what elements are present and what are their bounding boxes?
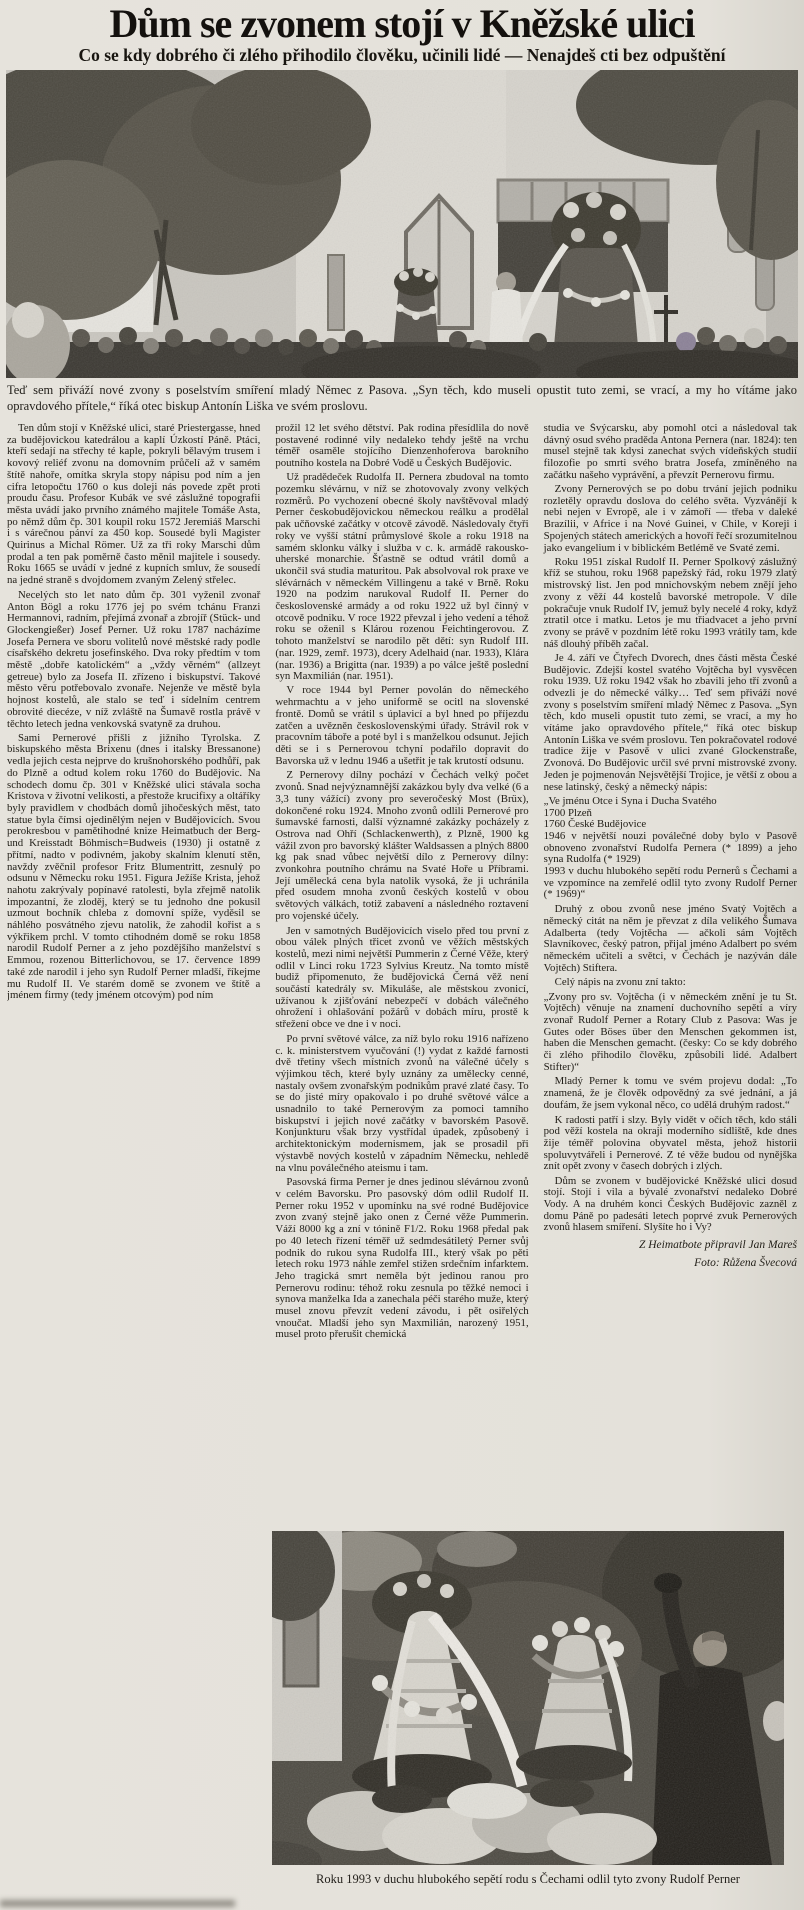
paragraph: Jen v samotných Budějovicích viselo před… [275, 926, 528, 1031]
bottom-photo-caption: Roku 1993 v duchu hlubokého sepětí rodu … [272, 1871, 784, 1887]
top-photo-caption: Teď sem přiváží nové zvony s poselstvím … [7, 382, 797, 414]
paragraph: Ten dům stojí v Kněžské ulici, staré Pri… [7, 423, 260, 587]
bell-inscription-line: 1946 v největší nouzi poválečné doby byl… [544, 831, 797, 866]
photo-grain-overlay [272, 1531, 784, 1865]
masthead: Dům se zvonem stojí v Kněžské ulici Co s… [0, 0, 804, 65]
paragraph: V roce 1944 byl Perner povolán do německ… [275, 685, 528, 767]
paragraph: studia ve Švýcarsku, aby pomohl otci a n… [544, 423, 797, 482]
scan-artifact-smudge [0, 1900, 235, 1907]
paragraph: Sami Pernerové přišli z jižního Tyrolska… [7, 733, 260, 1002]
photo-credit: Foto: Růžena Švecová [544, 1256, 797, 1270]
paragraph: Druhý z obou zvonů nese jméno Svatý Vojt… [544, 904, 797, 974]
paragraph: Z Pernerovy dílny pochází v Čechách velk… [275, 770, 528, 922]
paragraph: Zvony Pernerových se po dobu trvání jeji… [544, 484, 797, 554]
byline: Z Heimatbote připravil Jan Mareš [544, 1238, 797, 1252]
paragraph: Celý nápis na zvonu zní takto: [544, 977, 797, 989]
article-column-2: prožil 12 let svého dětství. Pak rodina … [275, 423, 528, 1523]
article-body: Ten dům stojí v Kněžské ulici, staré Pri… [7, 423, 797, 1523]
newspaper-page: Dům se zvonem stojí v Kněžské ulici Co s… [0, 0, 804, 1910]
paragraph: Je 4. září ve Čtyřech Dvorech, dnes část… [544, 653, 797, 793]
bottom-photo [272, 1531, 784, 1865]
page-subtitle: Co se kdy dobrého či zlého přihodilo člo… [0, 46, 804, 65]
top-photo-image [6, 70, 798, 378]
paragraph: Mladý Perner k tomu ve svém projevu doda… [544, 1076, 797, 1111]
paragraph: Necelých sto let nato dům čp. 301 vyženi… [7, 590, 260, 730]
bell-inscription-line: 1993 v duchu hlubokého sepětí rodu Perne… [544, 866, 797, 901]
top-photo [6, 70, 798, 378]
page-title: Dům se zvonem stojí v Kněžské ulici [0, 3, 804, 45]
paragraph: Po první světové válce, za níž bylo roku… [275, 1034, 528, 1174]
bell-inscription-line: „Ve jménu Otce i Syna i Ducha Svatého [544, 796, 797, 808]
paragraph: „Zvony pro sv. Vojtěcha (i v německém zn… [544, 992, 797, 1074]
paragraph: Už pradědeček Rudolfa II. Pernera zbudov… [275, 472, 528, 683]
article-column-1: Ten dům stojí v Kněžské ulici, staré Pri… [7, 423, 260, 1523]
bottom-photo-image [272, 1531, 784, 1865]
paragraph: Roku 1951 získal Rudolf II. Perner Spolk… [544, 557, 797, 651]
paragraph: prožil 12 let svého dětství. Pak rodina … [275, 423, 528, 470]
paragraph: Pasovská firma Perner je dnes jedinou sl… [275, 1177, 528, 1341]
article-column-3: studia ve Švýcarsku, aby pomohl otci a n… [544, 423, 797, 1523]
paragraph: K radosti patří i slzy. Byly vidět v očí… [544, 1115, 797, 1174]
paragraph: Dům se zvonem v budějovické Kněžské ulic… [544, 1176, 797, 1235]
photo-grain-overlay [6, 70, 798, 378]
bell-inscription: „Ve jménu Otce i Syna i Ducha Svatého 17… [544, 796, 797, 901]
